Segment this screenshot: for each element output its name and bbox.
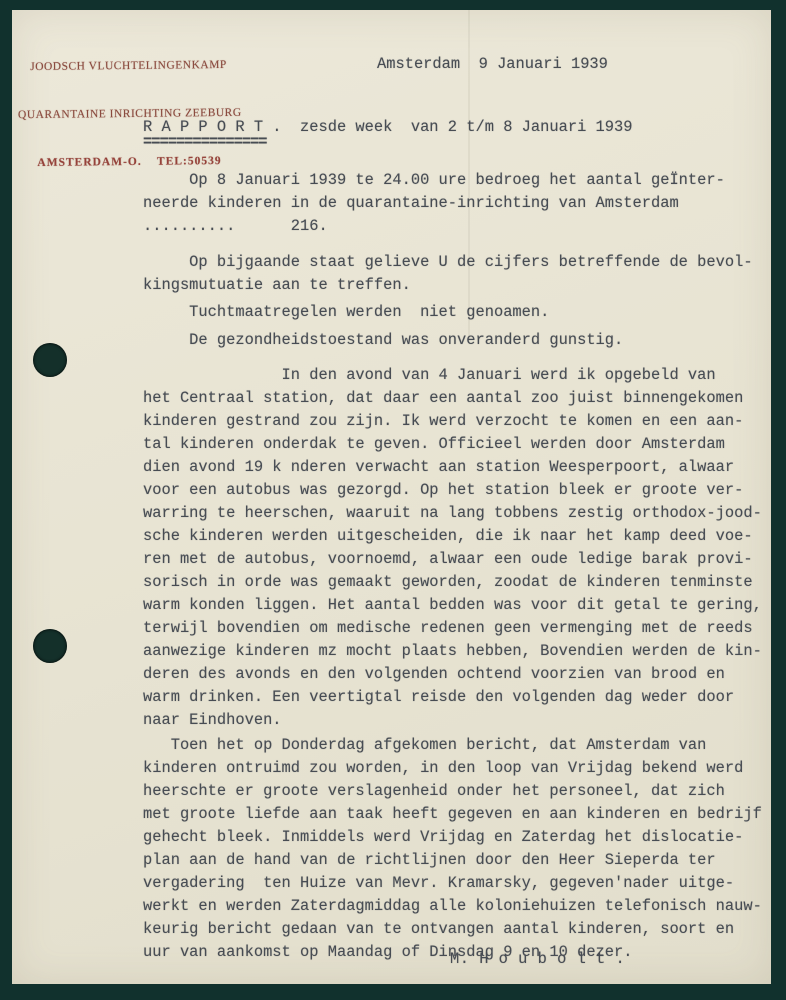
paragraph-internee-count: Op 8 Januari 1939 te 24.00 ure bedroeg h… [143,169,725,238]
paragraph-evacuation-plan: Toen het op Donderdag afgekomen bericht,… [143,734,762,964]
hole-punch-top [33,343,67,377]
paragraph-population-figures: Op bijgaande staat gelieve U de cijfers … [143,251,753,297]
hole-punch-bottom [33,629,67,663]
report-title-underline: =============== [143,131,267,154]
signature: M. H o u b o l t . [450,948,625,971]
paragraph-disciplinary: Tuchtmaatregelen werden niet genoamen. [143,301,549,324]
stamp-line-1: JOODSCH VLUCHTELINGENKAMP [17,57,239,75]
paragraph-central-station-events: In den avond van 4 Januari werd ik opgeb… [143,364,762,732]
paragraph-health: De gezondheidstoestand was onveranderd g… [143,329,623,352]
scanned-document: JOODSCH VLUCHTELINGENKAMP QUARANTAINE IN… [0,0,786,1000]
date-line: Amsterdam 9 Januari 1939 [377,53,608,76]
